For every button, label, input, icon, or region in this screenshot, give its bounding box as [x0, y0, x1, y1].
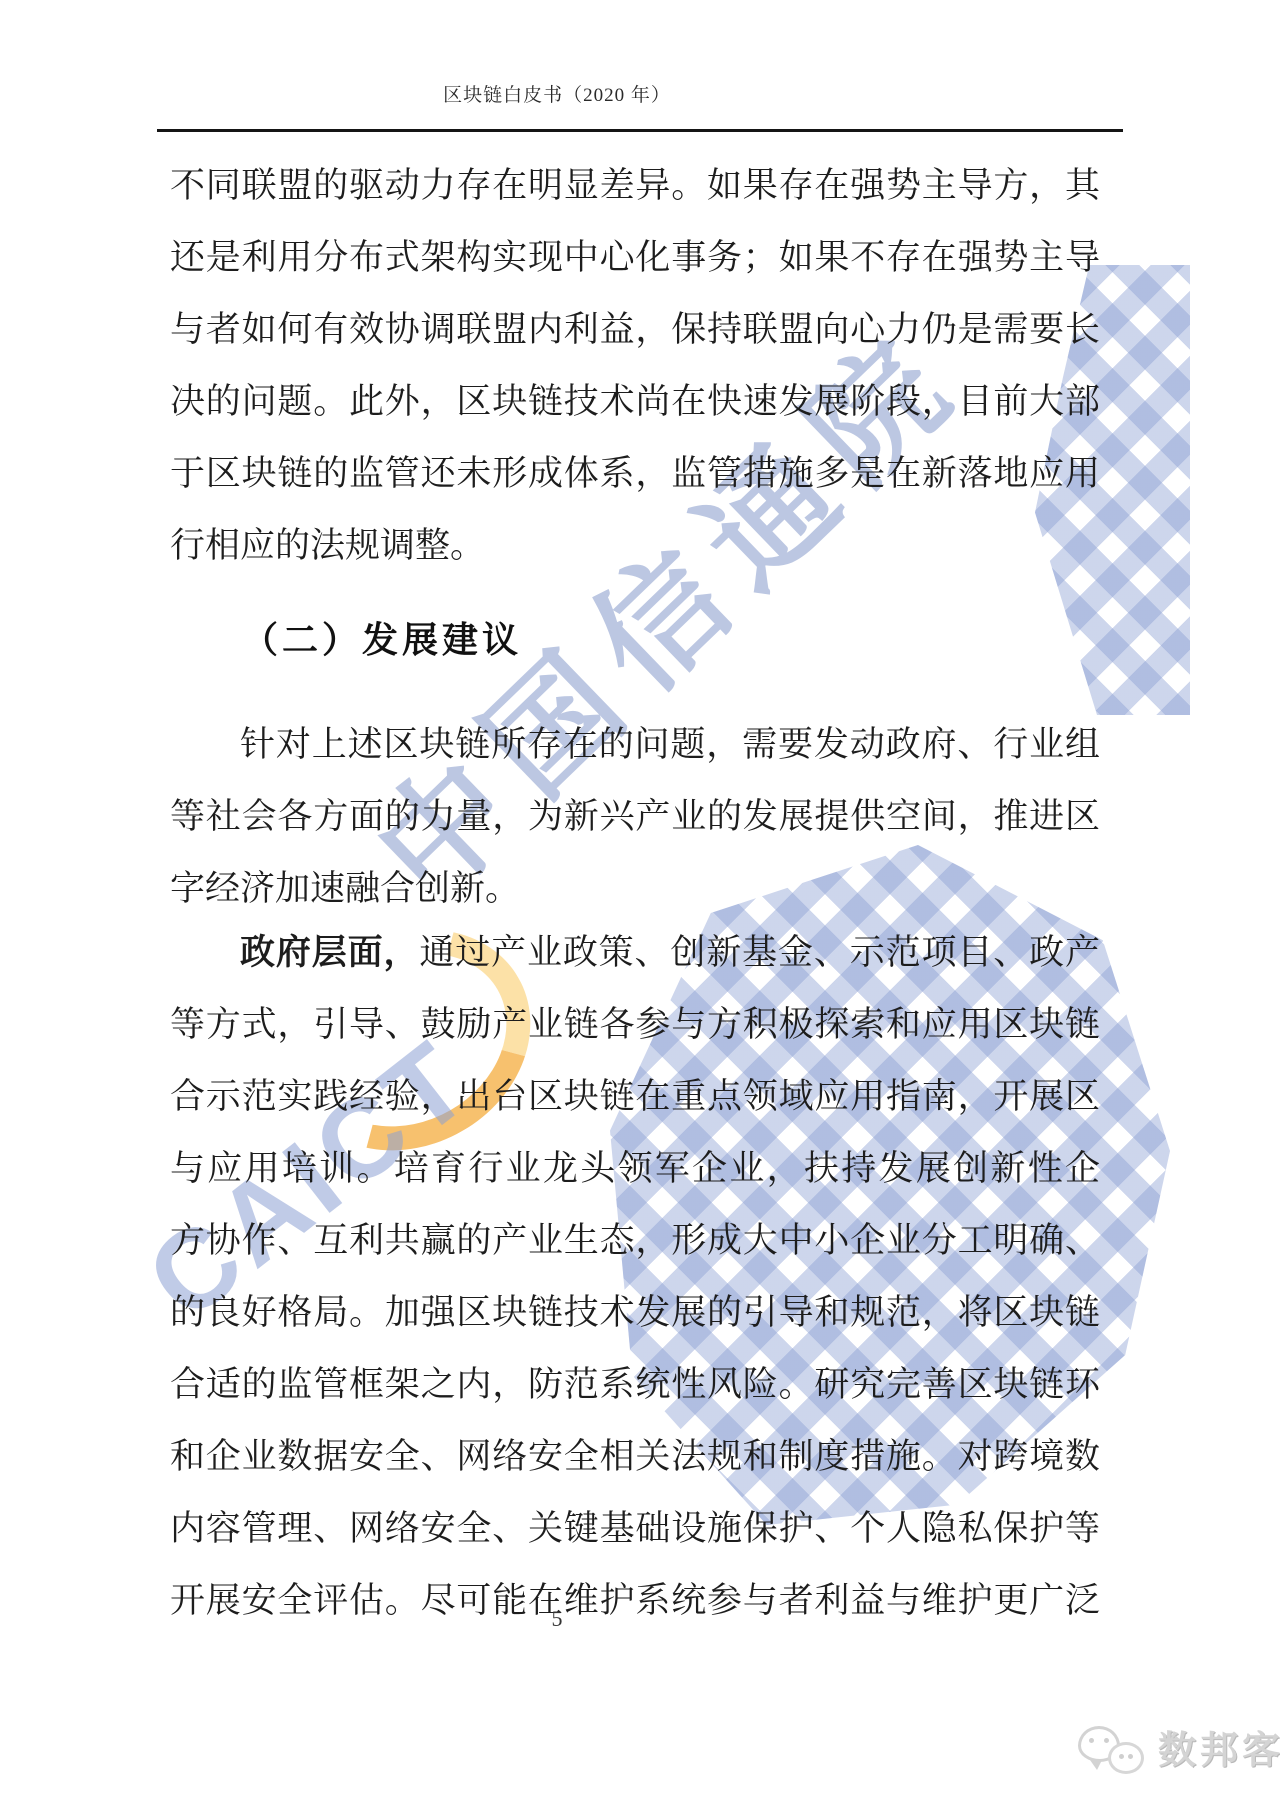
bold-run: 政府层面，	[240, 933, 419, 972]
chat-bubble-tail	[1090, 1760, 1102, 1770]
text-line: 合适的监管框架之内，防范系统性风险。研究完善区块链环境下个人	[170, 1349, 1100, 1421]
chat-bubbles-icon	[1076, 1722, 1148, 1780]
text-line: 合示范实践经验，出台区块链在重点领域应用指南，开展区块链技术	[170, 1061, 1100, 1133]
text-line: 于区块链的监管还未形成体系，监管措施多是在新落地应用出现后进	[170, 438, 1100, 510]
section-heading: （二）发展建议	[242, 618, 522, 662]
text-line: 字经济加速融合创新。	[170, 853, 1100, 925]
paragraph-government-level: 政府层面，通过产业政策、创新基金、示范项目、政产学研平台等方式，引导、鼓励产业链…	[170, 917, 1100, 1637]
text-line: 和企业数据安全、网络安全相关法规和制度措施。对跨境数据流动、	[170, 1421, 1100, 1493]
text-line: 针对上述区块链所存在的问题，需要发动政府、行业组织、企业	[170, 709, 1100, 781]
header-rule	[157, 129, 1123, 132]
text-line: 的良好格局。加强区块链技术发展的引导和规范，将区块链技术纳入	[170, 1277, 1100, 1349]
page-number: 5	[157, 1606, 957, 1632]
document-page: 中国信通院 CAICT 区块链白皮书（2020 年） 不同联盟的驱动力存在明显差…	[0, 0, 1280, 1811]
text-line: 还是利用分布式架构实现中心化事务；如果不存在强势主导方，各参	[170, 222, 1100, 294]
paragraph-development-intro: 针对上述区块链所存在的问题，需要发动政府、行业组织、企业等社会各方面的力量，为新…	[170, 709, 1100, 925]
text-line: 等社会各方面的力量，为新兴产业的发展提供空间，推进区块链与数	[170, 781, 1100, 853]
text-line: 内容管理、网络安全、关键基础设施保护、个人隐私保护等重点领域	[170, 1493, 1100, 1565]
brand-logo: 数邦客	[1076, 1722, 1280, 1780]
text-line: 与应用培训。培育行业龙头领军企业，扶持发展创新性企业，构建多	[170, 1133, 1100, 1205]
text-line: 行相应的法规调整。	[170, 510, 1100, 582]
text-line: 与者如何有效协调联盟内利益，保持联盟向心力仍是需要长期关注解	[170, 294, 1100, 366]
text-line: 不同联盟的驱动力存在明显差异。如果存在强势主导方，其运行实质	[170, 150, 1100, 222]
brand-text: 数邦客	[1158, 1722, 1280, 1780]
text-line: 政府层面，通过产业政策、创新基金、示范项目、政产学研平台	[170, 917, 1100, 989]
paragraph-governance-issues: 不同联盟的驱动力存在明显差异。如果存在强势主导方，其运行实质还是利用分布式架构实…	[170, 150, 1100, 582]
text-line: 等方式，引导、鼓励产业链各参与方积极探索和应用区块链技术。结	[170, 989, 1100, 1061]
text-line: 方协作、互利共赢的产业生态，形成大中小企业分工明确、融通发展	[170, 1205, 1100, 1277]
text-line: 决的问题。此外，区块链技术尚在快速发展阶段，目前大部分国家对	[170, 366, 1100, 438]
page-header-title: 区块链白皮书（2020 年）	[157, 80, 957, 107]
chat-bubble-small	[1108, 1742, 1144, 1774]
